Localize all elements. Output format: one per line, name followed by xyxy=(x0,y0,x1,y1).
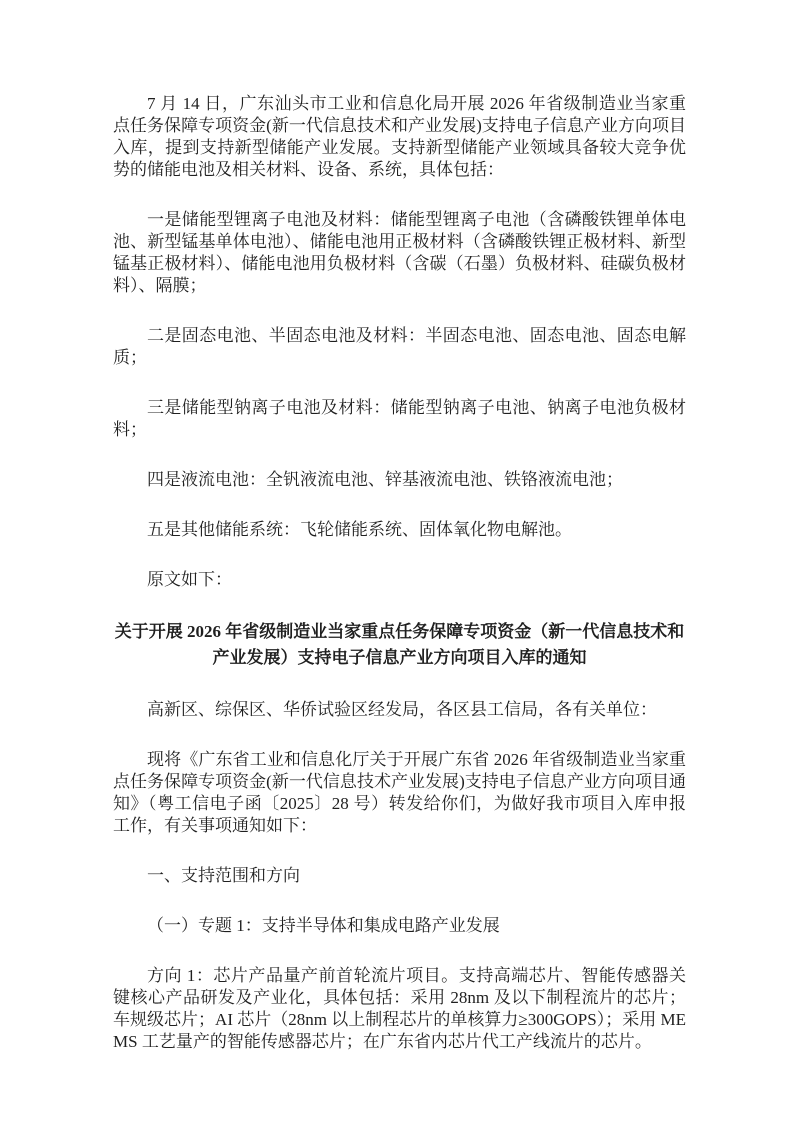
body-paragraph: 原文如下： xyxy=(113,569,686,591)
body-paragraph: 三是储能型钠离子电池及材料：储能型钠离子电池、钠离子电池负极材料； xyxy=(113,397,686,441)
body-paragraph: 高新区、综保区、华侨试验区经发局，各区县工信局，各有关单位： xyxy=(113,699,686,721)
body-paragraph: 一、支持范围和方向 xyxy=(113,865,686,887)
body-paragraph: 方向 1：芯片产品量产前首轮流片项目。支持高端芯片、智能传感器关键核心产品研发及… xyxy=(113,965,686,1053)
body-paragraph: 7 月 14 日，广东汕头市工业和信息化局开展 2026 年省级制造业当家重点任… xyxy=(113,93,686,181)
document-body: 7 月 14 日，广东汕头市工业和信息化局开展 2026 年省级制造业当家重点任… xyxy=(113,93,686,1053)
document-page: 7 月 14 日，广东汕头市工业和信息化局开展 2026 年省级制造业当家重点任… xyxy=(0,0,793,1122)
body-paragraph: 二是固态电池、半固态电池及材料：半固态电池、固态电池、固态电解质； xyxy=(113,325,686,369)
body-paragraph: 现将《广东省工业和信息化厅关于开展广东省 2026 年省级制造业当家重点任务保障… xyxy=(113,749,686,837)
body-paragraph: 四是液流电池：全钒液流电池、锌基液流电池、铁铬液流电池； xyxy=(113,469,686,491)
body-paragraph: 五是其他储能系统：飞轮储能系统、固体氧化物电解池。 xyxy=(113,519,686,541)
body-paragraph: 一是储能型锂离子电池及材料：储能型锂离子电池（含磷酸铁锂单体电池、新型锰基单体电… xyxy=(113,209,686,297)
notice-title: 关于开展 2026 年省级制造业当家重点任务保障专项资金（新一代信息技术和产业发… xyxy=(113,619,686,671)
body-paragraph: （一）专题 1：支持半导体和集成电路产业发展 xyxy=(113,915,686,937)
